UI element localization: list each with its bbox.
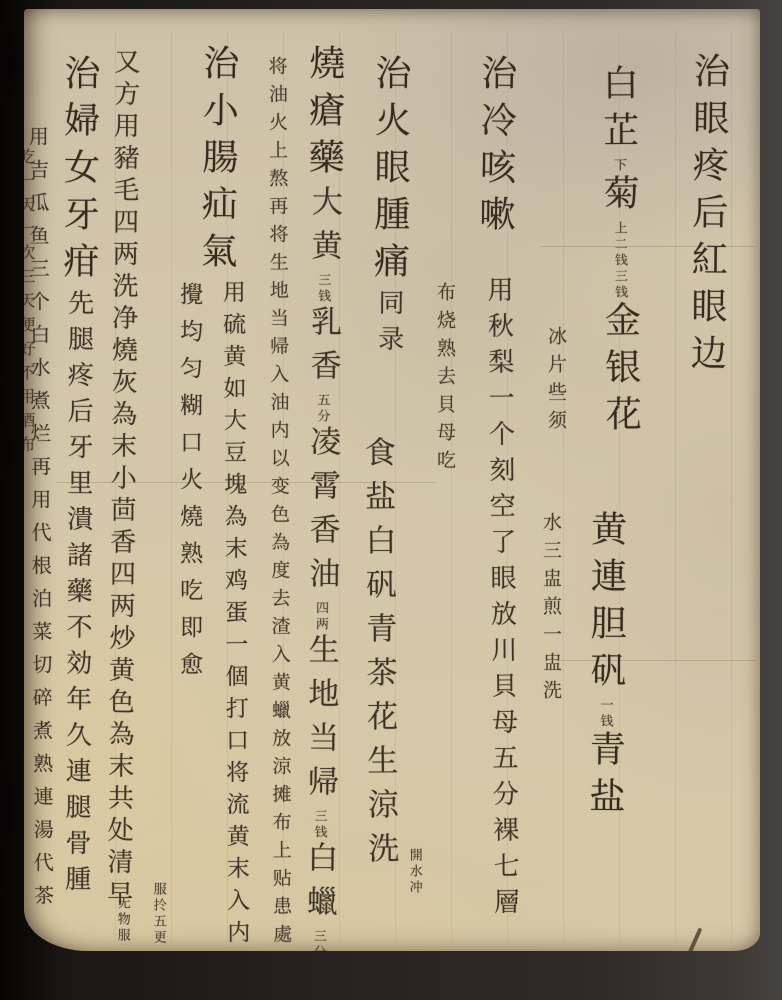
binding-stitch-mark [0,22,24,108]
note-bake-remove-beimu: 布烧熟去貝母吃 [434,282,454,478]
column-herbs-baizhi-juhua-jinyinhua: 白芷下菊上二钱三钱金银花 [598,64,639,442]
note-decoction-wash: 水三盅煎一盅洗 [540,512,560,708]
note-boiled-water-rinse: 開水冲 [406,848,423,896]
column-title-eye-pain-red-rims: 治眼疼后紅眼边 [686,52,727,381]
column-body-autumn-pear-method: 用秋梨一个刻空了眼放川貝母五分裸七層 [485,276,519,924]
column-another-method-pighair-fennel: 又方用豬毛四两洗净燒灰為末小茴香四两炒黄色為末共处清早 [104,48,139,912]
note-dosage-frequency: 吃一天一次三天便好不用酒布 [16,148,33,460]
column-body-sulfur-egg-method: 用硫黄如大豆塊為末鸡蛋一個打口将流黄末入内 [220,280,249,952]
column-title-cold-cough: 治冷咳嗽 [475,54,515,243]
column-title-fire-eye-swelling: 治火眼腫痛同录 [369,54,409,361]
binding-stitch-mark [0,420,16,480]
note-oil-wax-plaster-instructions: 将油火上熬再将生地当帰入油内以变色為度去渣入黄蠟放涼摊布上贴患處 [266,56,291,952]
ink-slash-mark [678,927,703,976]
column-herbs-salt-alum-tea-peanut: 食盐白矾青茶花生涼洗 [360,436,396,876]
column-title-hernia-qi: 治小腸疝氣 [197,44,237,279]
manuscript-scan: 治眼疼后紅眼边 白芷下菊上二钱三钱金银花 黄連胆矾一钱青盐 冰片些须 水三盅煎一… [0,0,782,1000]
column-body-stir-roast-eat: 攪均匀糊口火燒熟吃即愈 [177,282,201,689]
handwriting-layer: 治眼疼后紅眼边 白芷下菊上二钱三钱金银花 黄連胆矾一钱青盐 冰片些须 水三盅煎一… [0,0,782,1000]
note-borneol: 冰片些须 [545,326,565,438]
column-herbs-huanglian-danfan-qingyan: 黄連胆矾一钱青盐 [585,510,625,824]
note-take-at-dawn: 服扵五更 [150,882,167,946]
binding-stitch-mark [0,760,18,850]
column-women-gum-disease: 治婦女牙疳先腿疼后牙里潰諸藥不効年久連腿骨腫 [56,54,98,901]
column-burn-sore-medicine: 燒瘡藥大黄三钱乳香五分凌霄香油四两生地当帰三钱白蠟三分 [299,44,343,961]
note-empty-stomach: 无物服 [114,896,131,944]
